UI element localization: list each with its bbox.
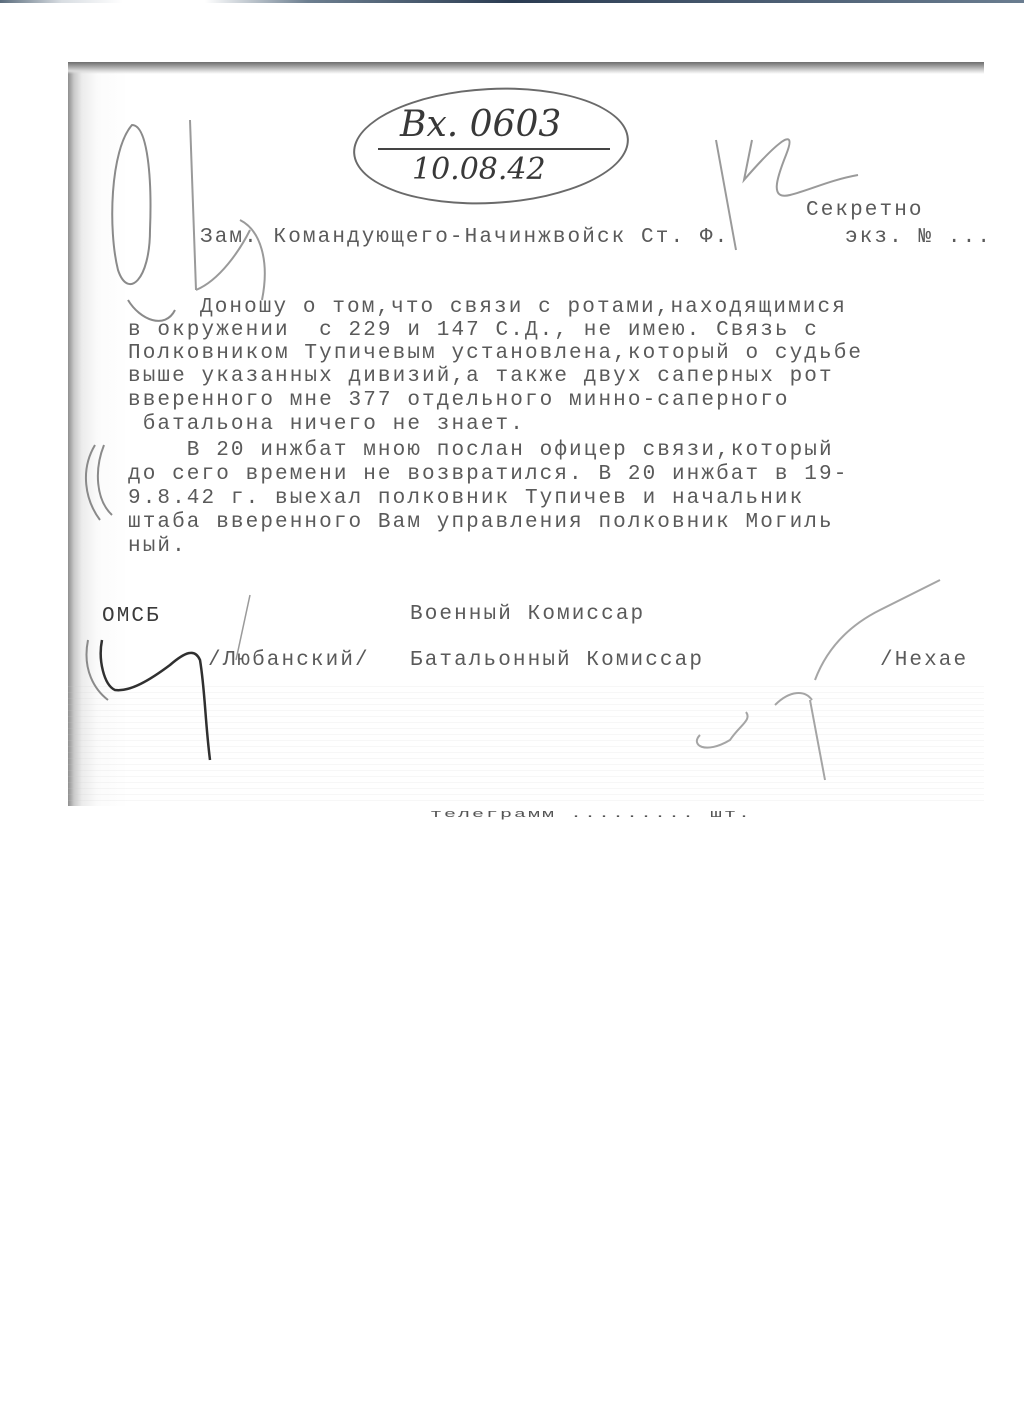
body-line: ный. [128, 536, 187, 557]
incoming-stamp-date: 10.08.42 [412, 152, 546, 187]
addressee-line: Зам. Командующего-Начинжвойск Ст. Ф. [200, 227, 729, 248]
bleed-through-text: телеграмм ......... шт. [430, 808, 752, 821]
classification-label: Секретно [806, 200, 924, 221]
body-line: в окружении с 229 и 147 С.Д., не имею. С… [128, 320, 819, 341]
signature-name-right: /Нехае [880, 650, 968, 671]
incoming-stamp-number: Вх. 0603 [400, 104, 561, 145]
signature-unit-label: ОМСБ [102, 606, 161, 627]
signature-title-battalion-commissar: Батальонный Комиссар [410, 650, 704, 671]
body-line: до сего времени не возвратился. В 20 инж… [128, 464, 848, 485]
body-line: Доношу о том,что связи с ротами,находящи… [200, 297, 847, 318]
body-line: 9.8.42 г. выехал полковник Тупичев и нач… [128, 488, 804, 509]
body-line: вверенного мне 377 отдельного минно-сапе… [128, 390, 790, 411]
body-line: В 20 инжбат мною послан офицер связи,кот… [128, 440, 834, 461]
incoming-stamp-divider [378, 148, 610, 150]
body-line: батальона ничего не знает. [128, 414, 525, 435]
body-line: выше указанных дивизий,а также двух сапе… [128, 366, 834, 387]
scanner-top-edge [0, 0, 1024, 3]
body-line: штаба вверенного Вам управления полковни… [128, 512, 834, 533]
signature-name-left: /Любанский/ [208, 650, 370, 671]
body-line: Полковником Тупичевым установлена,которы… [128, 343, 863, 364]
signature-title-military-commissar: Военный Комиссар [410, 604, 645, 625]
copy-number: экз. № ... [845, 227, 992, 248]
